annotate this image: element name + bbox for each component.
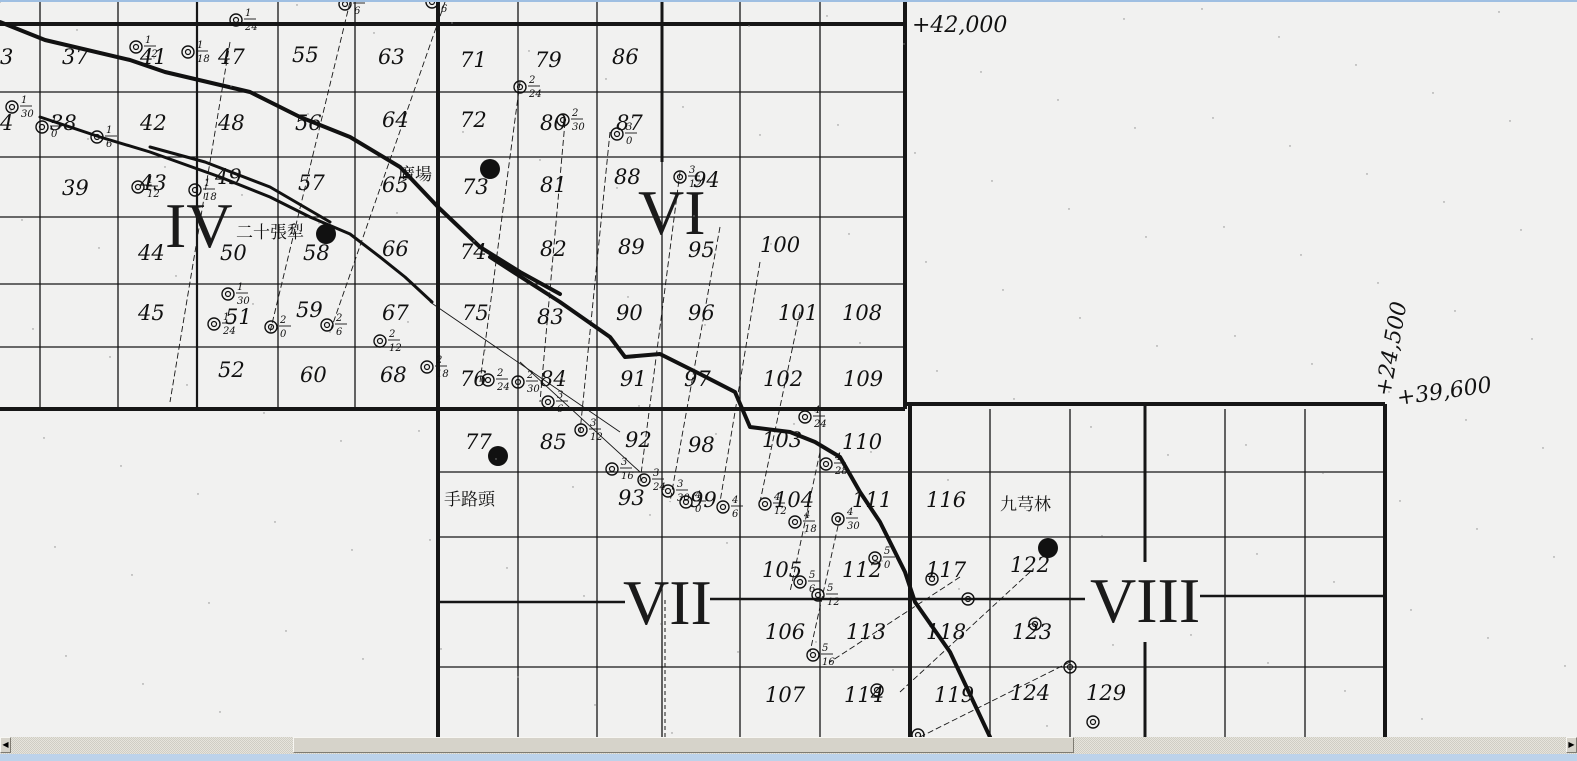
block-number: 3: [0, 45, 13, 69]
svg-text:24: 24: [244, 22, 258, 33]
arrow-right-icon: ▶: [1568, 741, 1574, 749]
section-numeral: VIII: [1090, 565, 1200, 636]
place-name: 手路頭: [444, 490, 496, 510]
svg-text:3: 3: [653, 468, 659, 479]
svg-text:6: 6: [557, 404, 564, 415]
block-number: 103: [762, 428, 802, 452]
block-number: 119: [934, 683, 974, 707]
block-number: 97: [684, 367, 711, 391]
svg-text:24: 24: [528, 89, 542, 100]
section-numeral: IV: [165, 190, 233, 261]
coord-corner-horizontal: +39,600: [1395, 373, 1493, 411]
svg-text:3: 3: [677, 479, 683, 490]
well-marker: [807, 649, 819, 661]
block-number: 90: [616, 301, 643, 325]
svg-text:3: 3: [626, 122, 632, 133]
svg-text:0: 0: [280, 329, 287, 340]
place-name: 廣場: [398, 165, 432, 185]
block-number: 39: [62, 176, 89, 200]
block-number: 98: [688, 433, 715, 457]
svg-text:4: 4: [834, 452, 841, 463]
svg-text:2: 2: [388, 329, 395, 340]
block-number: 116: [926, 488, 966, 512]
well-marker: [820, 458, 832, 470]
well-marker: [1087, 716, 1099, 728]
svg-text:6: 6: [354, 6, 361, 17]
svg-text:30: 30: [572, 122, 585, 133]
block-number: 68: [380, 363, 407, 387]
well-marker: [799, 411, 811, 423]
block-number: 129: [1086, 681, 1126, 705]
svg-text:18: 18: [804, 524, 817, 535]
well-marker: [606, 463, 618, 475]
block-number: 111: [852, 488, 892, 512]
svg-text:4: 4: [694, 490, 701, 501]
place-name: 九芎林: [1000, 495, 1051, 515]
svg-text:1: 1: [223, 312, 229, 323]
svg-text:0: 0: [626, 136, 633, 147]
svg-text:5: 5: [822, 643, 828, 654]
svg-text:2: 2: [335, 313, 342, 324]
block-number: 77: [465, 430, 492, 454]
svg-text:3: 3: [590, 418, 596, 429]
block-number: 124: [1010, 681, 1050, 705]
block-number: 114: [844, 683, 884, 707]
well-marker: [182, 46, 194, 58]
svg-text:4: 4: [813, 405, 820, 416]
svg-text:6: 6: [106, 139, 113, 150]
block-number: 58: [303, 241, 330, 265]
block-number: 83: [537, 305, 564, 329]
well-marker: [638, 474, 650, 486]
block-number: 101: [778, 301, 818, 325]
svg-text:24: 24: [222, 326, 236, 337]
block-number: 113: [846, 620, 886, 644]
block-number: 44: [137, 241, 165, 265]
block-number: 71: [460, 48, 487, 72]
block-number: 48: [217, 111, 245, 135]
svg-text:4: 4: [846, 507, 853, 518]
well-marker: [36, 121, 48, 133]
block-number: 107: [765, 683, 806, 707]
svg-text:12: 12: [774, 506, 787, 517]
svg-text:2: 2: [496, 368, 503, 379]
svg-text:18: 18: [197, 54, 210, 65]
village-dot: [1038, 538, 1058, 558]
section-numeral: VII: [623, 567, 712, 638]
svg-text:1: 1: [204, 178, 210, 189]
svg-text:12: 12: [827, 597, 840, 608]
block-number: 85: [540, 430, 567, 454]
block-number: 91: [620, 367, 647, 391]
block-number: 102: [763, 367, 803, 391]
block-number: 59: [296, 298, 323, 322]
block-number: 4: [0, 111, 13, 135]
scroll-right-button[interactable]: ▶: [1566, 737, 1577, 753]
window-bottom-border: [0, 754, 1577, 761]
scanned-grid-map: 3374147556371798643842485664728087394349…: [0, 2, 1577, 737]
well-marker: [759, 498, 771, 510]
svg-text:2: 2: [526, 370, 533, 381]
block-number: 52: [218, 358, 245, 382]
block-number: 88: [614, 165, 641, 189]
arrow-left-icon: ◀: [2, 741, 8, 749]
svg-text:2: 2: [435, 355, 442, 366]
svg-text:30: 30: [527, 384, 540, 395]
svg-text:12: 12: [590, 432, 603, 443]
svg-text:1: 1: [197, 40, 203, 51]
svg-text:2: 2: [279, 315, 286, 326]
scroll-left-button[interactable]: ◀: [0, 737, 11, 753]
block-number: 73: [462, 175, 489, 199]
village-dot: [480, 159, 500, 179]
block-number: 57: [298, 171, 325, 195]
well-marker: [789, 516, 801, 528]
block-number: 110: [842, 430, 882, 454]
svg-text:1: 1: [51, 115, 57, 126]
block-number: 92: [625, 428, 652, 452]
well-marker: [575, 424, 587, 436]
section-numeral: VI: [638, 177, 706, 248]
block-number: 96: [688, 301, 715, 325]
block-number: 100: [760, 233, 800, 257]
block-number: 37: [62, 45, 89, 69]
well-marker: [542, 396, 554, 408]
block-number: 55: [292, 43, 319, 67]
svg-text:1: 1: [237, 282, 243, 293]
svg-text:0: 0: [51, 129, 58, 140]
block-number: 60: [300, 363, 327, 387]
well-marker: [208, 318, 220, 330]
svg-text:4: 4: [803, 510, 810, 521]
block-number: 74: [460, 240, 487, 264]
svg-text:4: 4: [731, 495, 738, 506]
well-marker: [717, 501, 729, 513]
block-number: 93: [618, 486, 645, 510]
svg-text:24: 24: [496, 382, 510, 393]
block-number: 84: [540, 367, 567, 391]
svg-text:6: 6: [732, 509, 739, 520]
svg-text:6: 6: [336, 327, 343, 338]
block-number: 42: [139, 111, 167, 135]
block-number: 79: [535, 48, 562, 72]
svg-text:30: 30: [237, 296, 250, 307]
svg-text:24: 24: [813, 419, 827, 430]
svg-text:1: 1: [21, 95, 27, 106]
svg-text:12: 12: [145, 49, 158, 60]
well-marker: [222, 288, 234, 300]
block-number: 109: [843, 367, 883, 391]
block-number: 108: [842, 301, 882, 325]
svg-text:12: 12: [389, 343, 402, 354]
svg-text:1: 1: [147, 175, 153, 186]
block-number: 56: [295, 111, 322, 135]
block-number: 72: [460, 108, 487, 132]
block-number: 112: [842, 558, 882, 582]
svg-text:3: 3: [621, 457, 627, 468]
svg-text:30: 30: [21, 109, 34, 120]
well-marker: [321, 319, 333, 331]
svg-text:4: 4: [773, 492, 780, 503]
block-number: 118: [926, 620, 966, 644]
village-dot: [488, 446, 508, 466]
block-number: 67: [382, 301, 409, 325]
well-marker: [832, 513, 844, 525]
scrollbar-thumb[interactable]: [293, 737, 1074, 753]
svg-text:2: 2: [528, 75, 535, 86]
svg-text:0: 0: [884, 560, 891, 571]
block-number: 117: [926, 558, 967, 582]
svg-text:28: 28: [834, 466, 848, 477]
svg-text:1: 1: [245, 8, 251, 19]
svg-text:0: 0: [695, 504, 702, 515]
svg-text:16: 16: [621, 471, 634, 482]
block-number: 81: [540, 173, 567, 197]
svg-text:16: 16: [822, 657, 835, 668]
village-dot: [316, 224, 336, 244]
well-marker: [374, 335, 386, 347]
block-number: 86: [612, 45, 639, 69]
block-number: 45: [137, 301, 165, 325]
svg-text:12: 12: [147, 189, 160, 200]
coord-corner-vertical: +24,500: [1371, 300, 1412, 398]
block-number: 75: [462, 301, 489, 325]
block-number: 82: [540, 237, 567, 261]
horizontal-scrollbar[interactable]: ◀ ▶: [0, 737, 1577, 754]
svg-text:5: 5: [884, 546, 890, 557]
svg-text:3: 3: [689, 165, 695, 176]
block-number: 99: [690, 488, 717, 512]
svg-text:2: 2: [571, 108, 578, 119]
svg-text:18: 18: [436, 369, 449, 380]
svg-text:5: 5: [827, 583, 833, 594]
svg-text:1: 1: [106, 125, 112, 136]
block-number: 63: [378, 45, 405, 69]
block-number: 106: [765, 620, 805, 644]
svg-text:1: 1: [145, 35, 151, 46]
svg-text:6: 6: [441, 4, 448, 15]
coord-top: +42,000: [912, 13, 1007, 38]
svg-text:3: 3: [557, 390, 563, 401]
image-viewport[interactable]: 3374147556371798643842485664728087394349…: [0, 2, 1577, 737]
svg-text:5: 5: [809, 570, 815, 581]
block-number: 47: [217, 45, 245, 69]
block-number: 66: [382, 237, 409, 261]
svg-text:30: 30: [847, 521, 860, 532]
block-number: 64: [382, 108, 409, 132]
well-marker: [421, 361, 433, 373]
place-name: 二十張犁: [236, 223, 304, 243]
block-number: 49: [214, 165, 242, 189]
